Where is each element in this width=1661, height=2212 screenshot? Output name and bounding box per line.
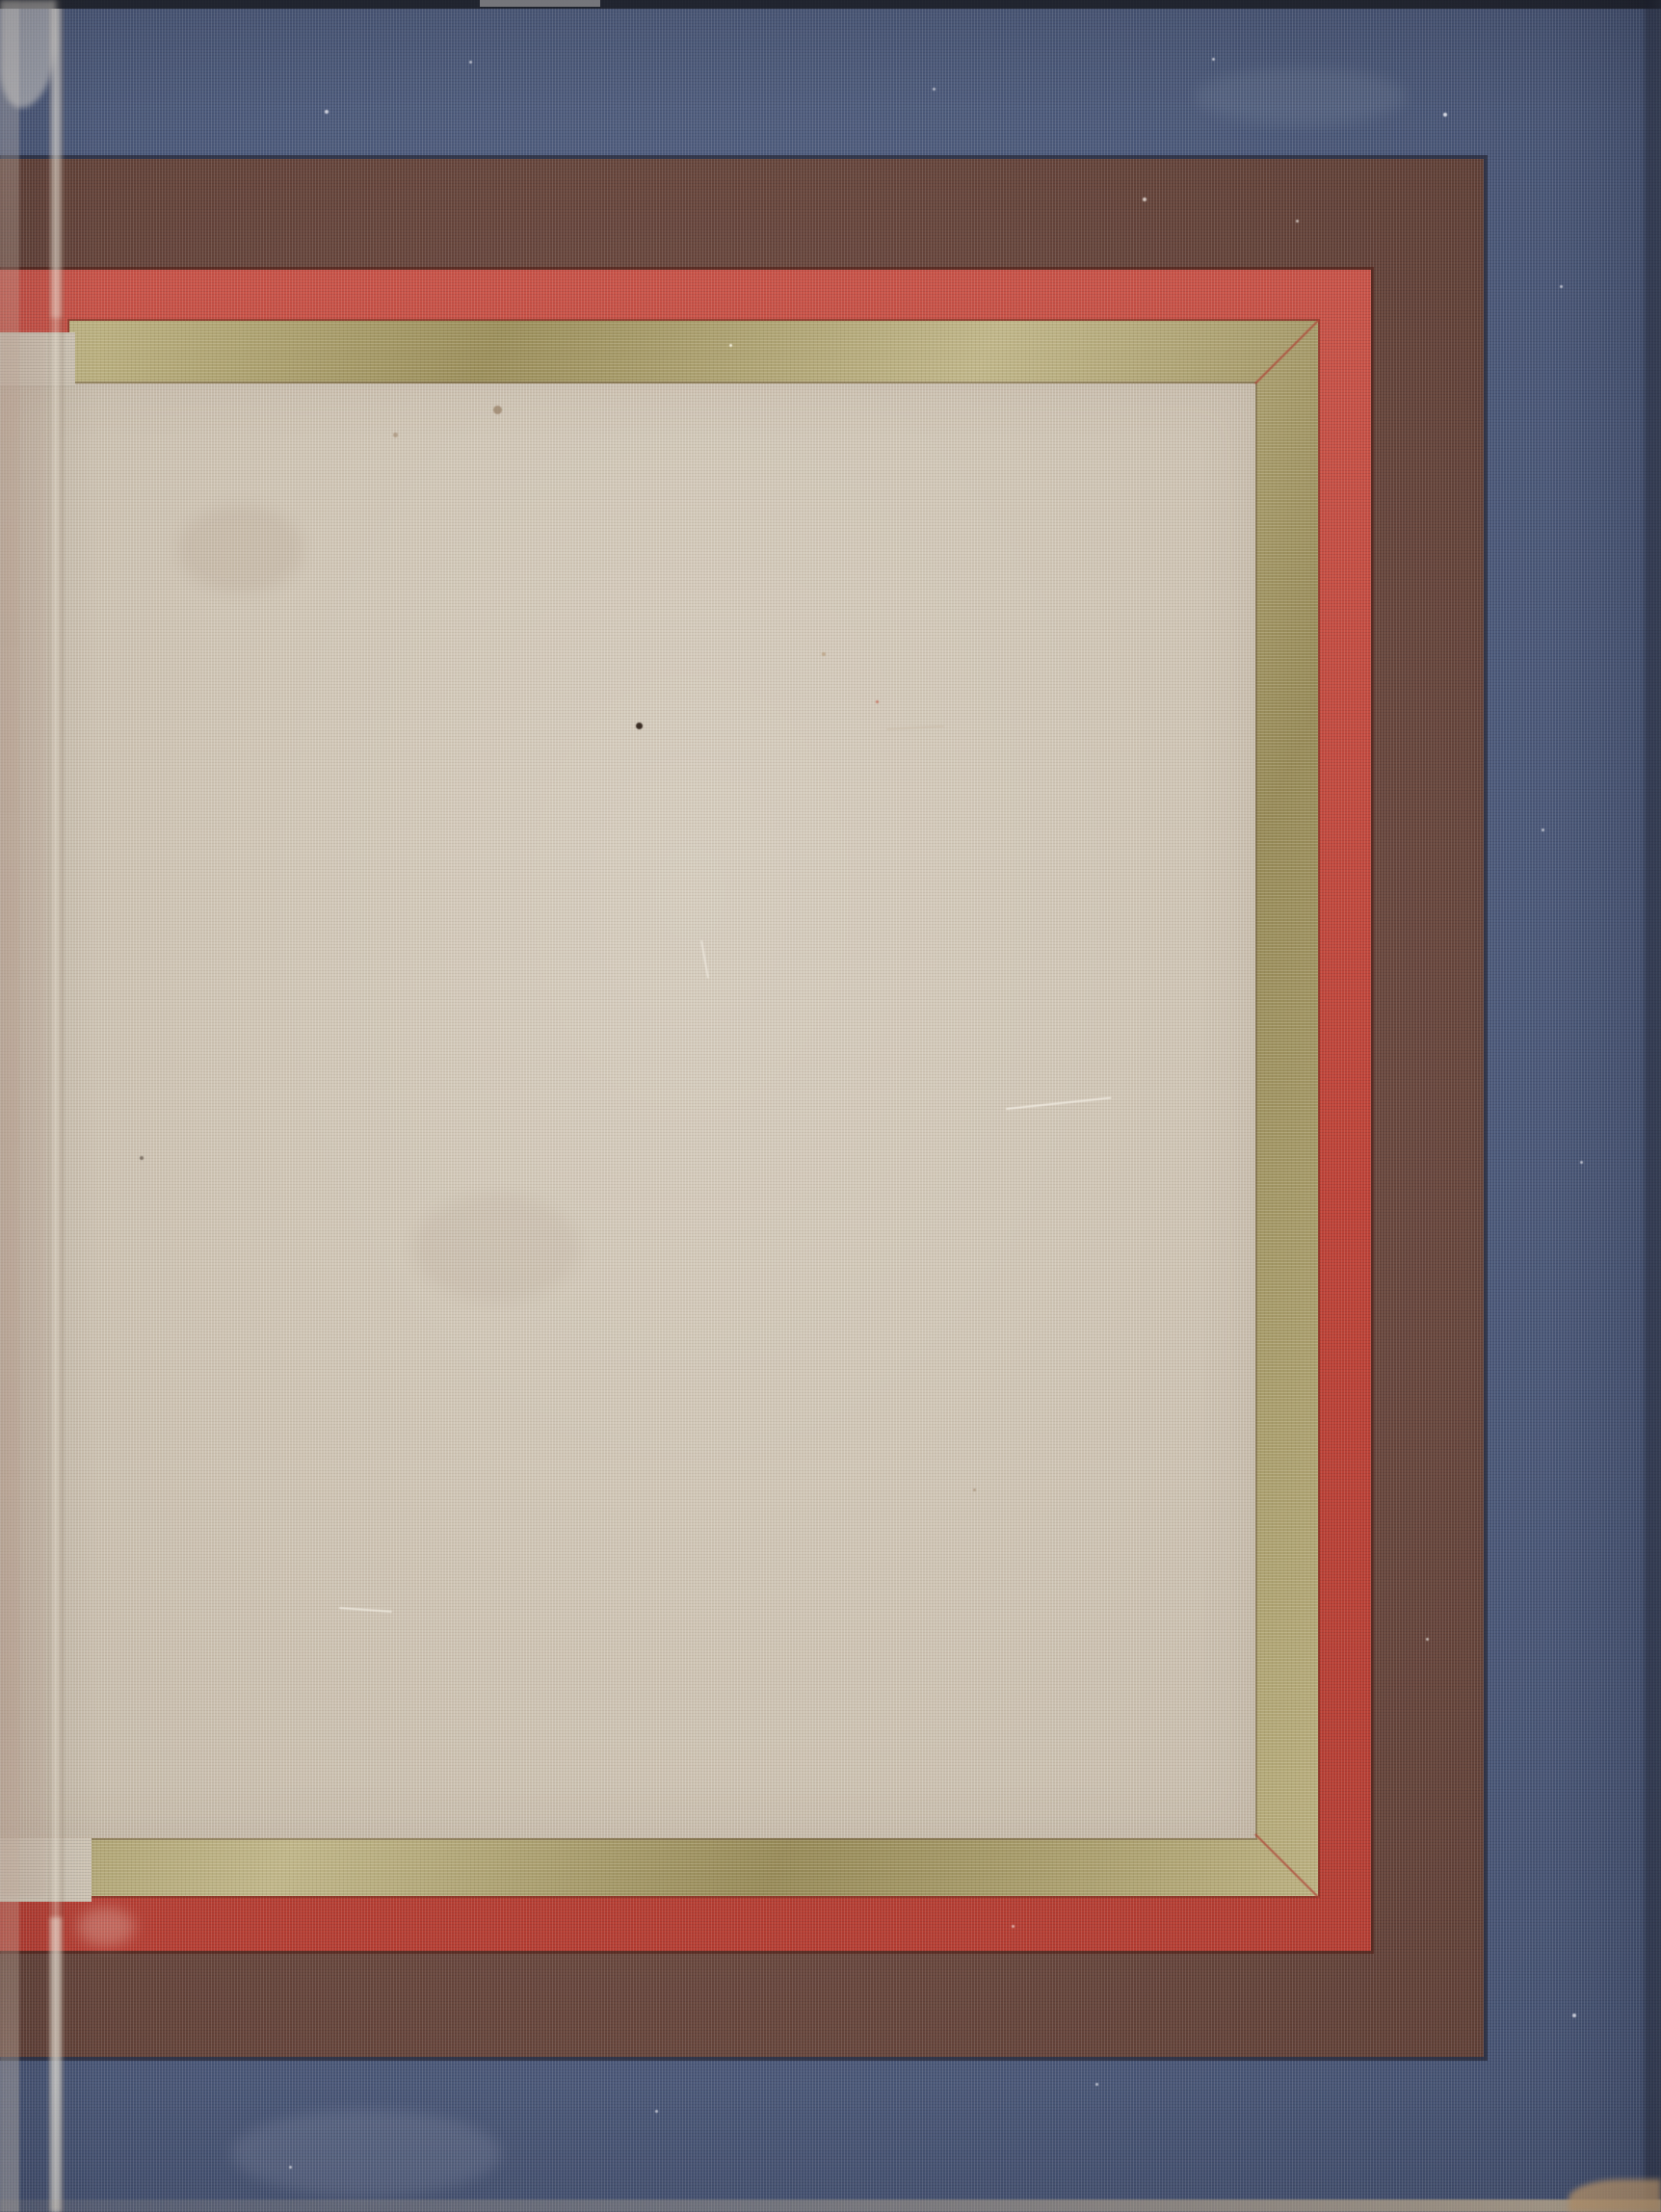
- speck: [493, 406, 502, 414]
- speck: [822, 652, 826, 656]
- speck: [933, 88, 936, 91]
- stain: [77, 1908, 135, 1946]
- right-edge-shadow: [1642, 0, 1661, 2212]
- speck: [469, 61, 472, 64]
- speck: [140, 1156, 144, 1160]
- speck: [1542, 829, 1544, 831]
- speck: [655, 2110, 658, 2113]
- book-cover-photo: [0, 0, 1661, 2212]
- speck: [1143, 197, 1147, 201]
- speck: [1560, 285, 1563, 288]
- speck: [325, 110, 329, 114]
- speck: [636, 723, 643, 729]
- speck: [876, 700, 879, 703]
- speck: [289, 2166, 292, 2169]
- hinge-abrasion-bottom: [50, 1917, 62, 2212]
- speck: [973, 1488, 976, 1491]
- stain: [414, 1195, 578, 1301]
- speck: [1012, 1925, 1015, 1928]
- stain: [178, 506, 303, 592]
- left-margin-tint: [0, 332, 46, 1898]
- speck: [1212, 58, 1215, 61]
- cream-center-panel: [0, 383, 1255, 1838]
- bottom-edge-wear: [0, 2199, 1661, 2212]
- speck: [1572, 2014, 1576, 2017]
- stain: [231, 2110, 501, 2197]
- top-edge-shadow: [0, 0, 1661, 9]
- top-edge-gray-segment: [480, 0, 600, 7]
- speck: [1426, 1638, 1429, 1641]
- speck: [1443, 113, 1447, 117]
- speck: [1095, 2083, 1098, 2086]
- stain: [1195, 67, 1407, 125]
- speck: [1296, 220, 1299, 223]
- speck: [1580, 1161, 1583, 1164]
- speck: [729, 344, 732, 347]
- speck: [393, 433, 398, 437]
